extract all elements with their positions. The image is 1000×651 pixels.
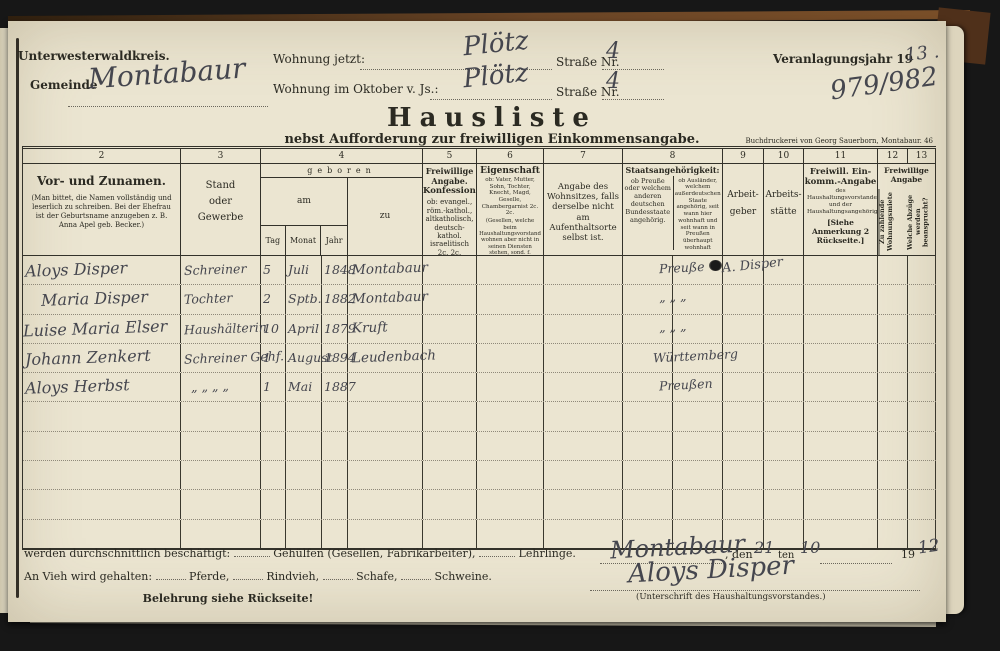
strasse-nr-value-1: 4	[606, 39, 620, 64]
table-body: Aloys Disper Schreiner 5 Juli 1848 Monta…	[23, 256, 936, 550]
entry-name: Aloys Disper	[23, 254, 128, 285]
left-page-edges	[0, 28, 8, 613]
tag-label: Tag	[261, 226, 286, 255]
wohnung-jetzt-value: Plötz	[462, 26, 530, 63]
employ-mid: Gehülfen (Gesellen, Fabrikarbeiter),	[273, 547, 475, 560]
eig-note1: ob: Vater, Mutter, Sohn, Tochter, Knecht…	[477, 177, 543, 217]
wohnung-oktober-value: Plötz	[462, 58, 530, 95]
vieh-1: Pferde,	[189, 570, 229, 583]
col-num-5: 5	[423, 149, 477, 163]
vieh-2: Rindvieh,	[266, 570, 319, 583]
entry-stand: Schreiner	[181, 255, 247, 284]
table-row: Luise Maria Elser Haushälterin 10 April …	[23, 315, 936, 344]
col-header-eigenschaft: Eigenschaft ob: Vater, Mutter, Sohn, Toc…	[477, 164, 544, 255]
entry-stand: „ „ „ „	[181, 372, 230, 401]
vieh-blank-3	[323, 578, 353, 580]
eig-note2: (Gesellen, welche beim Haushaltungsvorst…	[477, 218, 543, 255]
signature-line	[590, 589, 920, 591]
staat-right-note: ob Ausländer, welchem außerdeutschen Sta…	[673, 176, 723, 250]
entry-monat: Mai	[286, 373, 312, 400]
staat-left-note: ob Preuße oder welchem anderen deutschen…	[623, 176, 673, 250]
entry-geburtsort: Kruft	[348, 314, 389, 342]
column-number-row: 2 3 4 5 6 7 8 9 10 11 12 13	[23, 146, 936, 164]
ag-line2: geber	[723, 207, 763, 218]
col-header-freiwillige-angabe: Freiwillige Angabe Zu zahlende Wohnungsm…	[878, 164, 936, 255]
konf-title1: Freiwillige Angabe.	[423, 167, 476, 186]
am-label: am	[261, 178, 347, 226]
entry-name: Luise Maria Elser	[21, 312, 168, 344]
table-row: Maria Disper Tochter 2 Sptb. 1882 Montab…	[23, 285, 936, 314]
strasse-nr-value-2: 4	[606, 69, 620, 94]
stand-line1: Stand	[181, 180, 260, 192]
table-row-empty	[23, 432, 936, 461]
jahr-label: Jahr	[321, 226, 347, 255]
table-row-empty	[23, 461, 936, 490]
konf-note: ob: evangel., röm.-kathol., altkatholisc…	[423, 198, 476, 255]
col-num-7: 7	[544, 149, 623, 163]
vieh-label: An Vieh wird gehalten:	[24, 570, 152, 583]
konf-title2: Konfession:	[423, 186, 476, 196]
entry-monat: Juli	[286, 256, 309, 283]
col-header-arbeitgeber: Arbeit- geber	[723, 164, 764, 255]
col-header-konfession: Freiwillige Angabe. Konfession: ob: evan…	[423, 164, 477, 255]
vieh-blank-1	[156, 578, 186, 580]
page-subtitle: nebst Aufforderung zur freiwilligen Eink…	[242, 132, 742, 147]
col-header-arbeitsstaette: Arbeits- stätte	[764, 164, 804, 255]
entry-name: Aloys Herbst	[23, 371, 130, 402]
stand-line3: Gewerbe	[181, 212, 260, 224]
eig-title: Eigenschaft	[477, 166, 543, 177]
entry-geburtsort: Montabaur	[348, 255, 429, 285]
folio-number: 979/982	[828, 62, 939, 107]
ek-title1: Freiwill. Ein-	[804, 167, 877, 177]
year-value: 12	[917, 536, 941, 559]
col-num-8: 8	[623, 149, 723, 163]
entry-geburtsort: Montabaur	[348, 284, 429, 314]
vieh-3: Schafe,	[356, 570, 397, 583]
scanned-book-photo: Unterwesterwaldkreis. Gemeinde Montabaur…	[0, 0, 1000, 651]
col-num-2: 2	[23, 149, 181, 163]
veranlagungsjahr-label: Veranlagungsjahr 19	[773, 52, 913, 66]
table-header-row: Vor- und Zunamen. (Man bittet, die Namen…	[23, 164, 936, 256]
abzuege-label: Welche Abzüge werden beansprucht?	[907, 189, 935, 255]
col-header-einkommensangabe: Freiwill. Ein- komm.-Angabe des Haushalt…	[804, 164, 878, 255]
entry-monat: April	[286, 315, 319, 342]
entry-tag: 2	[261, 285, 271, 312]
names-note: (Man bittet, die Namen vollständig und l…	[23, 194, 180, 229]
ink-blot	[709, 260, 722, 271]
employ-blank-2	[479, 555, 515, 557]
col-num-12: 12	[878, 149, 908, 163]
vieh-blank-2	[233, 578, 263, 580]
table-row-empty	[23, 402, 936, 431]
entry-tag: 1	[261, 373, 271, 400]
zu-label: zu	[348, 178, 422, 255]
ek-title2: komm.-Angabe	[804, 177, 877, 187]
ek-ref2: Anmerkung 2	[804, 227, 877, 236]
vieh-4: Schweine.	[435, 570, 492, 583]
underlying-page-edge	[944, 26, 964, 614]
document-page: Unterwesterwaldkreis. Gemeinde Montabaur…	[8, 21, 946, 622]
gemeinde-line	[68, 105, 268, 107]
entry-tag: 10	[261, 315, 279, 342]
col-header-names: Vor- und Zunamen. (Man bittet, die Namen…	[23, 164, 181, 255]
employment-line: werden durchschnittlich beschäftigt: Geh…	[24, 547, 576, 560]
binding-shadow-line	[16, 38, 19, 598]
names-title: Vor- und Zunamen.	[23, 174, 180, 188]
table-row: Johann Zenkert Schreiner Gehf. 1 August …	[23, 344, 936, 373]
employ-blank-1	[234, 555, 270, 557]
staat-title: Staatsangehörigkeit:	[623, 164, 722, 176]
ek-note: des Haushaltungsvorstandes und der Haush…	[804, 188, 877, 216]
entry-name: Johann Zenkert	[23, 342, 152, 373]
page-title: Hausliste	[302, 103, 682, 133]
wohnung-oktober-line	[430, 98, 552, 100]
table-row: Aloys Herbst „ „ „ „ 1 Mai 1887 Preußen	[23, 373, 936, 402]
table-row-empty	[23, 490, 936, 519]
printer-note: Buchdruckerei von Georg Sauerborn, Monta…	[668, 137, 933, 145]
wohnung-oktober-label: Wohnung im Oktober v. Js.:	[273, 82, 439, 96]
entry-monat: Sptb.	[286, 285, 322, 312]
col-header-geboren: geboren am Tag Monat Jahr zu	[261, 164, 423, 255]
col-num-6: 6	[477, 149, 544, 163]
ek-ref3: Rückseite.]	[804, 236, 877, 245]
month-value: 10	[800, 538, 820, 557]
belehrung-note: Belehrung siehe Rückseite!	[68, 592, 388, 605]
date-line	[820, 562, 892, 564]
employ-pre: werden durchschnittlich beschäftigt:	[24, 547, 230, 560]
hausliste-table: 2 3 4 5 6 7 8 9 10 11 12 13 Vor- und Zun…	[22, 146, 936, 550]
ag-line1: Arbeit-	[723, 190, 763, 201]
year-label: 19	[901, 548, 915, 561]
entry-tag: 1	[261, 344, 271, 371]
col-num-4: 4	[261, 149, 423, 163]
vieh-blank-4	[401, 578, 431, 580]
col-header-stand: Stand oder Gewerbe	[181, 164, 261, 255]
miete-label: Zu zahlende Wohnungsmiete	[878, 189, 907, 255]
as-line2: stätte	[764, 207, 803, 218]
entry-tag: 5	[261, 256, 271, 283]
monat-label: Monat	[286, 226, 322, 255]
col-num-13: 13	[908, 149, 936, 163]
ek-ref1: [Siehe	[804, 218, 877, 227]
stand-line2: oder	[181, 196, 260, 208]
col-num-3: 3	[181, 149, 261, 163]
wohnsitz-text: Angabe des Wohnsitzes, falls derselbe ni…	[544, 182, 622, 243]
col-num-11: 11	[804, 149, 878, 163]
entry-name: Maria Disper	[39, 283, 149, 314]
entry-stand: Haushälterin	[181, 313, 268, 343]
col-header-staatsangehoerigkeit: Staatsangehörigkeit: ob Preuße oder welc…	[623, 164, 723, 255]
geboren-label: geboren	[261, 164, 422, 178]
employ-end: Lehrlinge.	[519, 547, 576, 560]
fa-group-title: Freiwillige Angabe	[878, 164, 935, 189]
col-header-wohnsitz: Angabe des Wohnsitzes, falls derselbe ni…	[544, 164, 623, 255]
as-line1: Arbeits-	[764, 190, 803, 201]
signature-caption: (Unterschrift des Haushaltungsvorstandes…	[636, 592, 826, 602]
col-num-10: 10	[764, 149, 804, 163]
entry-stand: Tochter	[181, 284, 233, 313]
col-num-9: 9	[723, 149, 764, 163]
empty-rows	[23, 402, 936, 549]
livestock-line: An Vieh wird gehalten: Pferde, Rindvieh,…	[24, 570, 492, 583]
strasse-line-2	[602, 98, 664, 100]
table-row: Aloys Disper Schreiner 5 Juli 1848 Monta…	[23, 256, 936, 285]
wohnung-jetzt-label: Wohnung jetzt:	[273, 52, 365, 66]
